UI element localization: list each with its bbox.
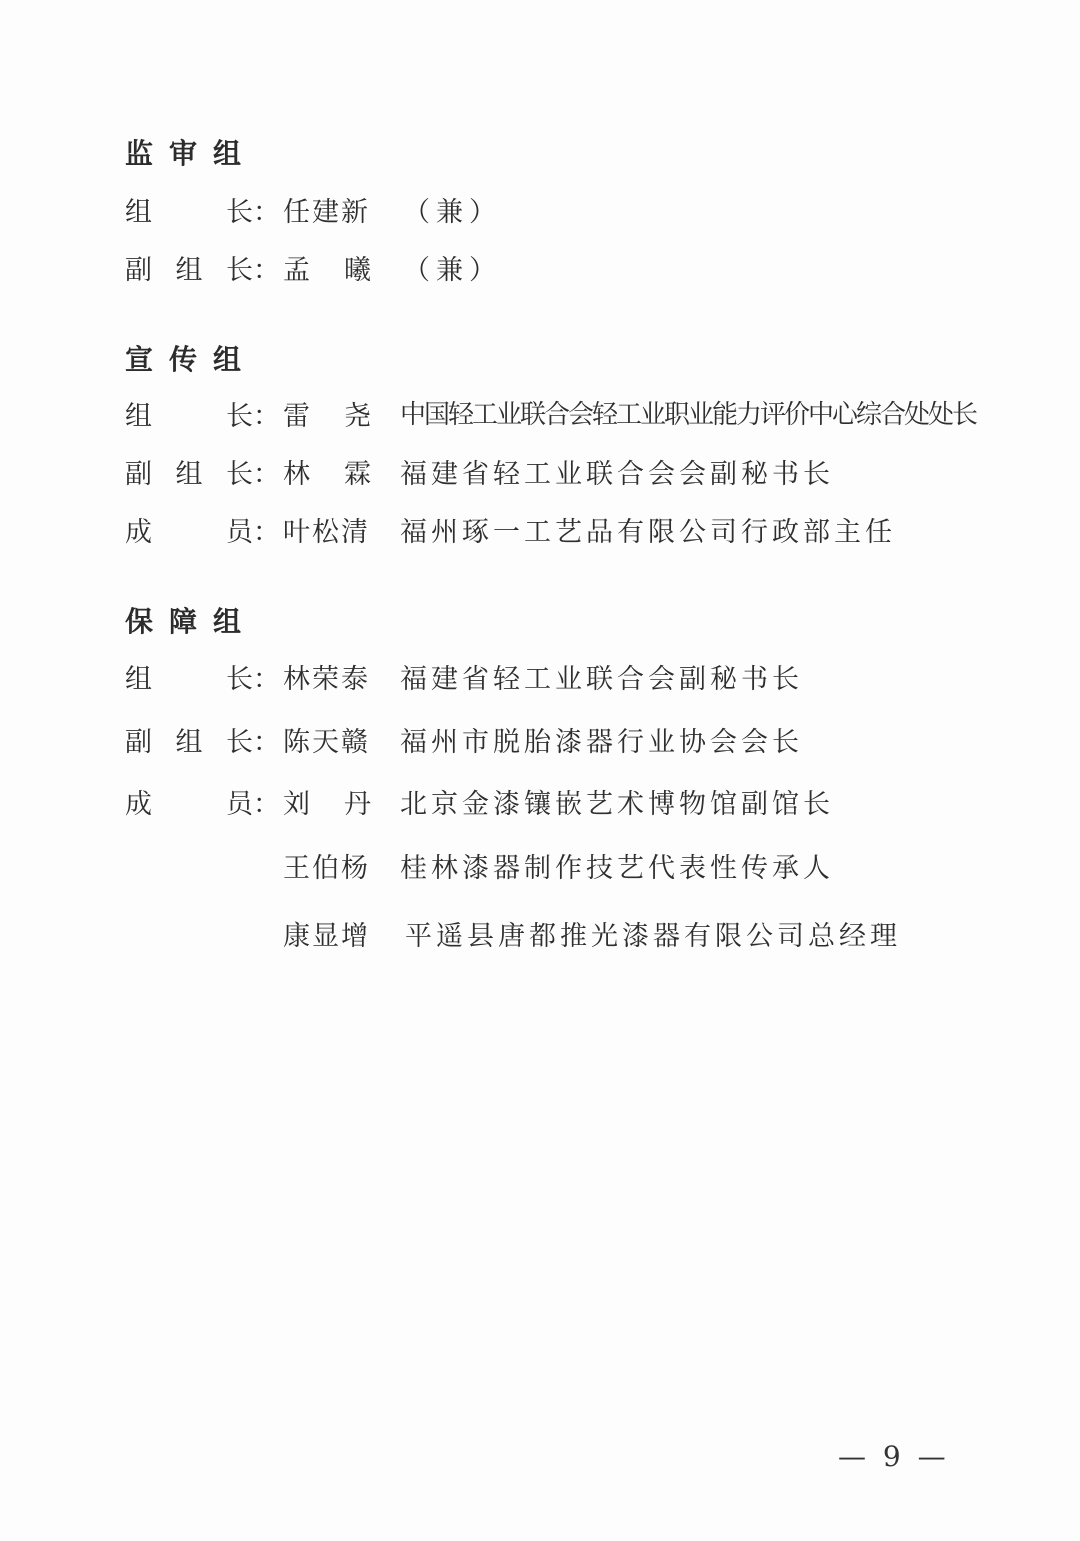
member-title: 北京金漆镶嵌艺术博物馆副馆长 — [400, 782, 834, 821]
member-name: 康显增 — [283, 914, 370, 953]
member-name: 林霖 — [283, 452, 373, 491]
section-title-audit: 监审组 — [125, 132, 257, 172]
section-title-support: 保障组 — [125, 600, 257, 640]
role-char: 长 — [226, 720, 253, 759]
role-label: 成 员 — [125, 782, 265, 821]
role-char: 长 — [226, 394, 253, 433]
role-char: 组 — [125, 190, 152, 229]
role-label: 副 组 长 — [125, 720, 265, 759]
colon: ： — [253, 190, 280, 229]
document-page: 监审组 组 长 ： 任建新 （兼） 副 组 长 ： 孟曦 （兼） 宣传组 组 长… — [0, 0, 1080, 1541]
role-char: 组 — [176, 720, 203, 759]
role-label: 组 长 — [125, 657, 265, 696]
member-name: 刘丹 — [283, 782, 373, 821]
role-label: 副 组 长 — [125, 452, 265, 491]
member-name: 叶松清 — [283, 510, 370, 549]
member-name: 任建新 — [283, 190, 370, 229]
role-char: 组 — [176, 452, 203, 491]
member-name: 孟曦 — [283, 248, 373, 287]
member-name: 雷尧 — [283, 394, 373, 433]
member-title: 福建省轻工业联合会会副秘书长 — [400, 452, 834, 491]
role-label: 组 长 — [125, 394, 265, 433]
member-note: （兼） — [403, 190, 502, 229]
role-char: 副 — [125, 452, 152, 491]
role-char: 员 — [226, 782, 253, 821]
section-title-publicity: 宣传组 — [125, 338, 257, 378]
member-title: 福州琢一工艺品有限公司行政部主任 — [400, 510, 896, 549]
colon: ： — [253, 248, 280, 287]
member-name: 王伯杨 — [283, 846, 370, 885]
role-char: 组 — [125, 657, 152, 696]
role-char: 副 — [125, 248, 152, 287]
role-label: 组 长 — [125, 190, 265, 229]
colon: ： — [253, 657, 280, 696]
colon: ： — [253, 720, 280, 759]
role-char: 组 — [176, 248, 203, 287]
role-char: 成 — [125, 510, 152, 549]
member-name: 陈天赣 — [283, 720, 370, 759]
member-title: 中国轻工业联合会轻工业职业能力评价中心综合处处长 — [400, 394, 976, 431]
role-char: 长 — [226, 452, 253, 491]
role-char: 员 — [226, 510, 253, 549]
role-label: 成 员 — [125, 510, 265, 549]
member-title: 桂林漆器制作技艺代表性传承人 — [400, 846, 834, 885]
member-title: 福州市脱胎漆器行业协会会长 — [400, 720, 803, 759]
role-char: 组 — [125, 394, 152, 433]
role-char: 长 — [226, 190, 253, 229]
page-number: — 9 — — [838, 1440, 950, 1473]
member-note: （兼） — [403, 248, 502, 287]
role-char: 长 — [226, 657, 253, 696]
member-name: 林荣泰 — [283, 657, 370, 696]
role-char: 副 — [125, 720, 152, 759]
member-title: 福建省轻工业联合会副秘书长 — [400, 657, 803, 696]
colon: ： — [253, 510, 280, 549]
colon: ： — [253, 452, 280, 491]
colon: ： — [253, 394, 280, 433]
role-char: 长 — [226, 248, 253, 287]
colon: ： — [253, 782, 280, 821]
role-char: 成 — [125, 782, 152, 821]
member-title: 平遥县唐都推光漆器有限公司总经理 — [405, 914, 901, 953]
role-label: 副 组 长 — [125, 248, 265, 287]
